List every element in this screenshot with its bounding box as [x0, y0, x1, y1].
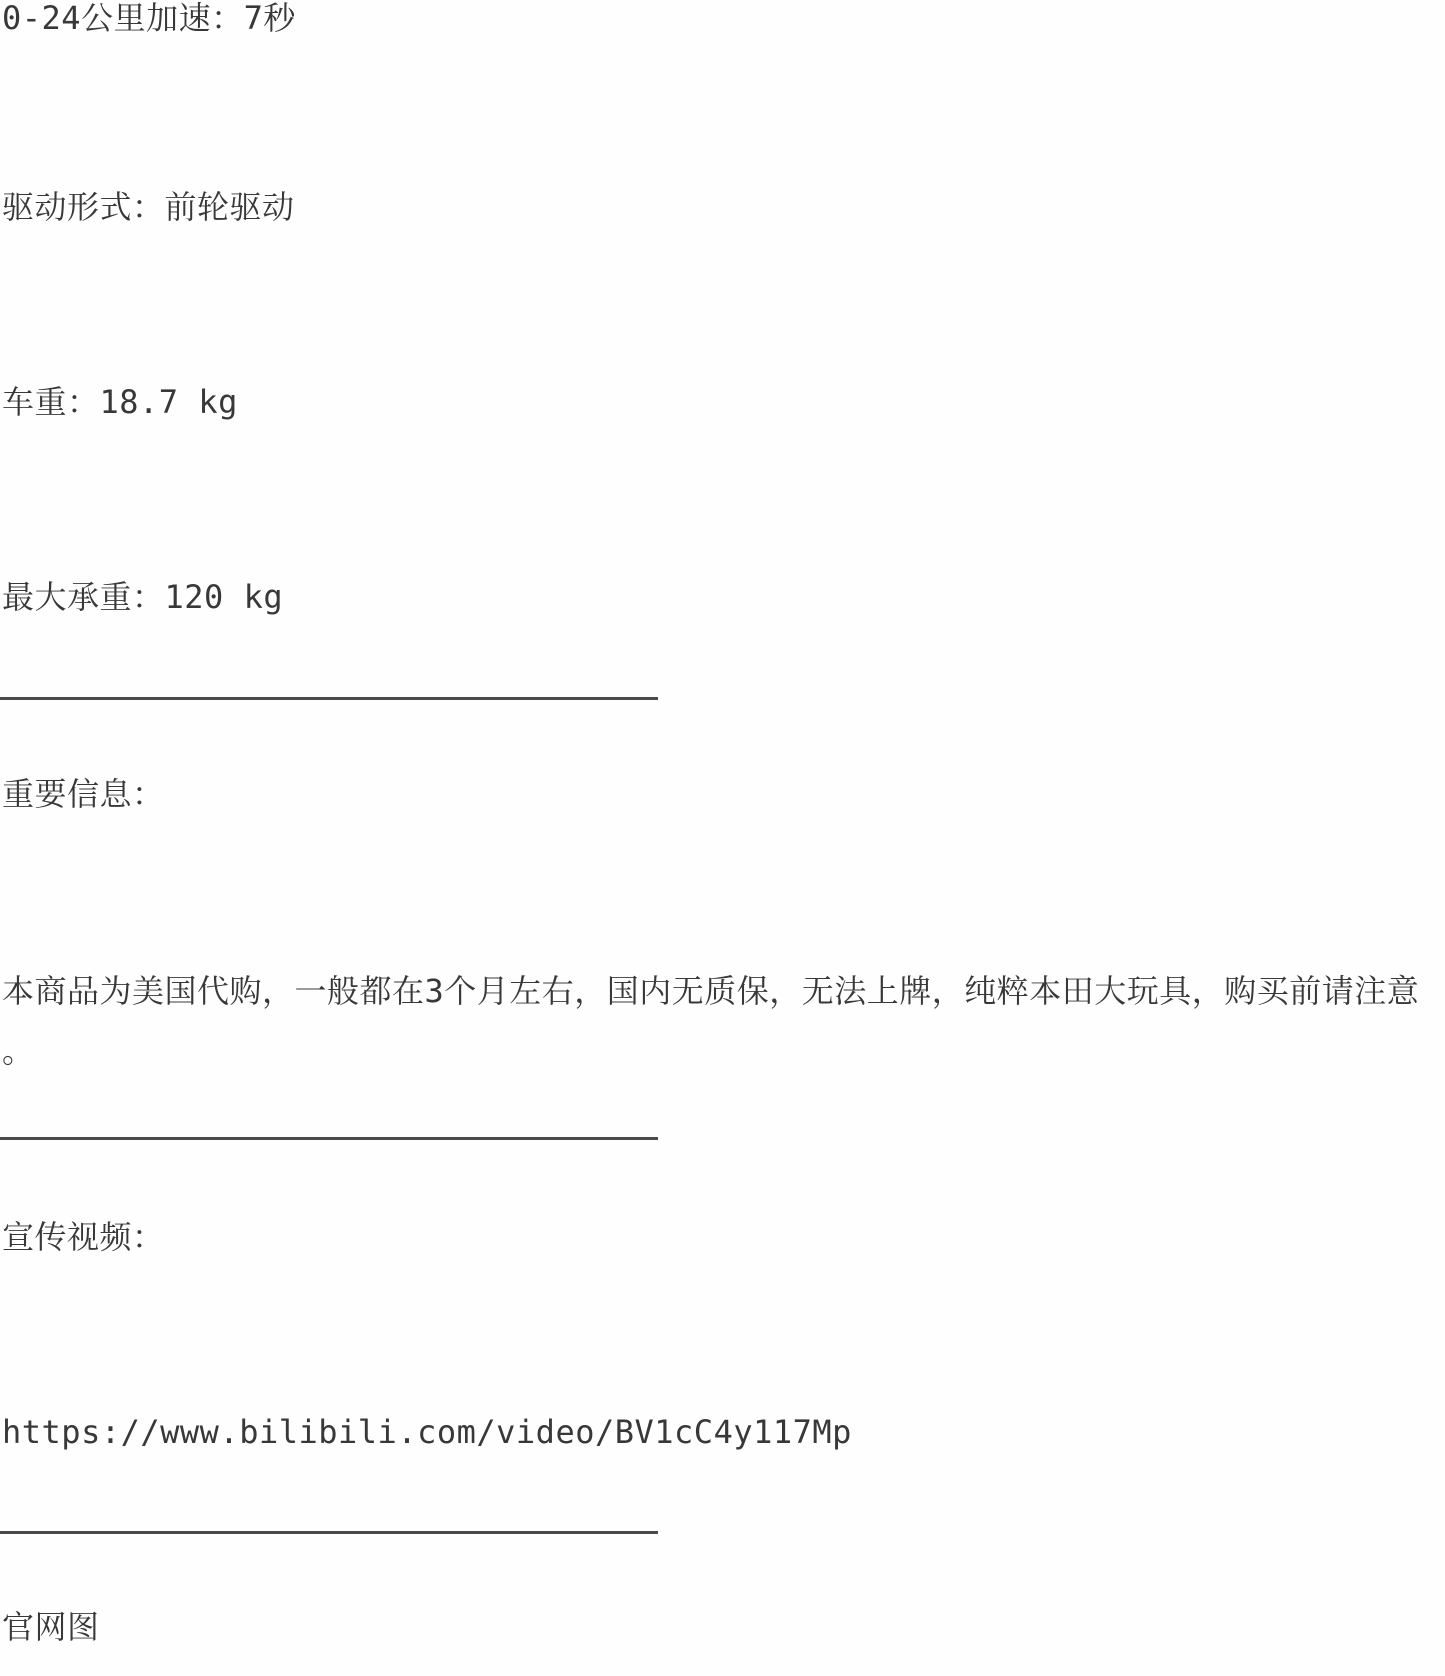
promo-video-heading: 宣传视频：	[2, 1215, 165, 1260]
important-info-paragraph-line2: 。	[2, 1021, 1422, 1081]
important-info-paragraph: 本商品为美国代购，一般都在3个月左右，国内无质保，无法上牌，纯粹本田大玩具，购买…	[2, 961, 1422, 1081]
spec-acceleration-text: 0-24公里加速：7秒	[2, 0, 296, 41]
section-divider-3	[0, 1531, 658, 1534]
important-info-paragraph-line1: 本商品为美国代购，一般都在3个月左右，国内无质保，无法上牌，纯粹本田大玩具，购买…	[2, 961, 1422, 1021]
official-images-heading: 官网图	[2, 1605, 100, 1650]
promo-video-url: https://www.bilibili.com/video/BV1cC4y11…	[2, 1410, 852, 1455]
spec-drive-type-text: 驱动形式：前轮驱动	[2, 185, 295, 230]
important-info-heading: 重要信息：	[2, 772, 165, 817]
product-description-page: 0-24公里加速：7秒 驱动形式：前轮驱动 车重：18.7 kg 最大承重：12…	[0, 0, 1445, 1676]
section-divider-1	[0, 697, 658, 700]
section-divider-2	[0, 1137, 658, 1140]
spec-weight-text: 车重：18.7 kg	[2, 380, 238, 425]
spec-max-load-text: 最大承重：120 kg	[2, 575, 283, 620]
